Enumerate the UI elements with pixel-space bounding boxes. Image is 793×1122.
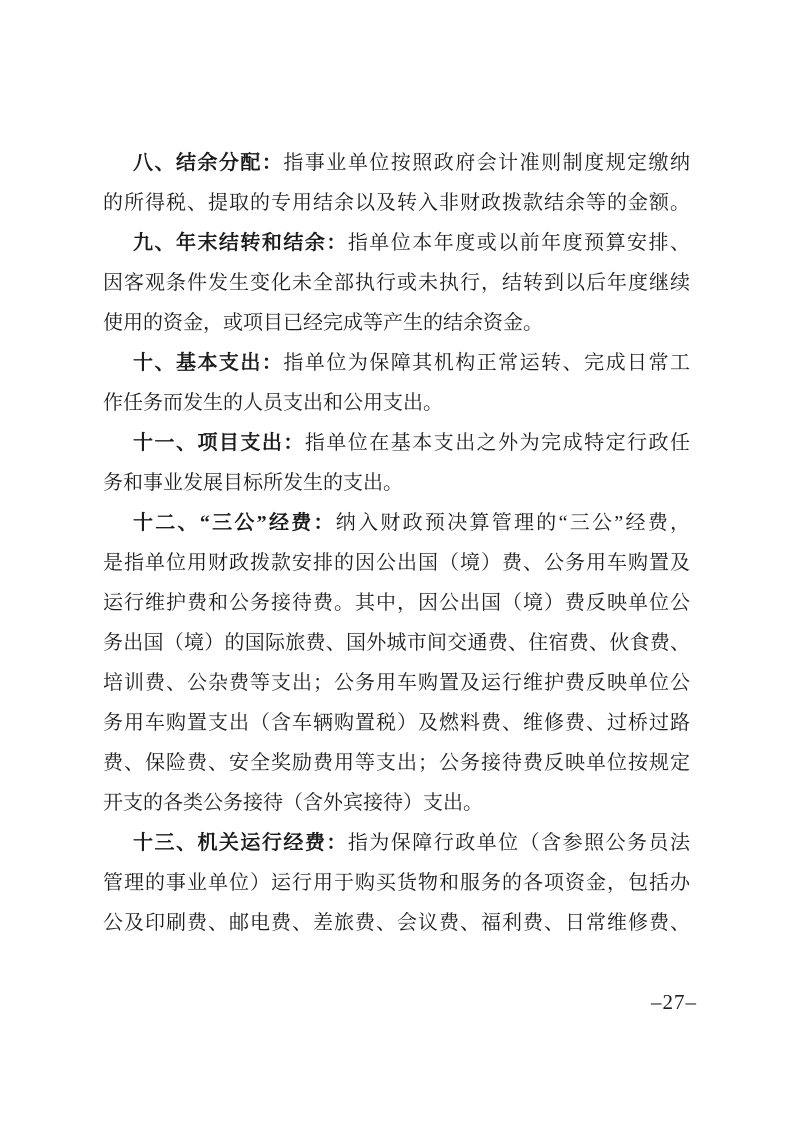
- paragraph-heading-line: 十二、“三公”经费：纳入财政预决算管理的“三公”经费，: [103, 503, 690, 543]
- document-page: 八、结余分配：指事业单位按照政府会计准则制度规定缴纳 的所得税、提取的专用结余以…: [0, 0, 793, 1122]
- paragraph-agency-operating-funds: 十三、机关运行经费：指为保障行政单位（含参照公务员法 管理的事业单位）运行用于购…: [103, 823, 690, 943]
- text-line: 务用车购置支出（含车辆购置税）及燃料费、维修费、过桥过路: [103, 703, 690, 743]
- term-heading: 九、年末结转和结余：: [133, 232, 348, 254]
- paragraph-basic-expenditure: 十、基本支出：指单位为保障其机构正常运转、完成日常工 作任务而发生的人员支出和公…: [103, 343, 690, 423]
- text-line: 的所得税、提取的专用结余以及转入非财政拨款结余等的金额。: [103, 183, 690, 223]
- text-line: 作任务而发生的人员支出和公用支出。: [103, 383, 690, 423]
- line-text: 指单位为保障其机构正常运转、完成日常工: [283, 352, 690, 374]
- line-text: 指为保障行政单位（含参照公务员法: [348, 832, 690, 854]
- term-heading: 十二、“三公”经费：: [133, 512, 336, 534]
- text-line: 管理的事业单位）运行用于购买货物和服务的各项资金，包括办: [103, 863, 690, 903]
- paragraph-year-end-carryover: 九、年末结转和结余：指单位本年度或以前年度预算安排、 因客观条件发生变化未全部执…: [103, 223, 690, 343]
- text-line: 公及印刷费、邮电费、差旅费、会议费、福利费、日常维修费、: [103, 903, 690, 943]
- text-line: 运行维护费和公务接待费。其中，因公出国（境）费反映单位公: [103, 583, 690, 623]
- text-line: 培训费、公杂费等支出；公务用车购置及运行维护费反映单位公: [103, 663, 690, 703]
- text-line: 使用的资金，或项目已经完成等产生的结余资金。: [103, 303, 690, 343]
- term-heading: 十、基本支出：: [133, 352, 283, 374]
- term-heading: 十三、机关运行经费：: [133, 832, 348, 854]
- text-line: 务和事业发展目标所发生的支出。: [103, 463, 690, 503]
- paragraph-three-public-funds: 十二、“三公”经费：纳入财政预决算管理的“三公”经费， 是指单位用财政拨款安排的…: [103, 503, 690, 823]
- document-body: 八、结余分配：指事业单位按照政府会计准则制度规定缴纳 的所得税、提取的专用结余以…: [103, 143, 690, 943]
- page-number: –27–: [651, 990, 697, 1014]
- paragraph-heading-line: 九、年末结转和结余：指单位本年度或以前年度预算安排、: [103, 223, 690, 263]
- text-line: 务出国（境）的国际旅费、国外城市间交通费、住宿费、伙食费、: [103, 623, 690, 663]
- line-text: 纳入财政预决算管理的“三公”经费，: [336, 512, 690, 534]
- term-heading: 十一、项目支出：: [133, 432, 305, 454]
- text-line: 是指单位用财政拨款安排的因公出国（境）费、公务用车购置及: [103, 543, 690, 583]
- text-line: 因客观条件发生变化未全部执行或未执行，结转到以后年度继续: [103, 263, 690, 303]
- paragraph-heading-line: 十一、项目支出：指单位在基本支出之外为完成特定行政任: [103, 423, 690, 463]
- paragraph-heading-line: 八、结余分配：指事业单位按照政府会计准则制度规定缴纳: [103, 143, 690, 183]
- paragraph-heading-line: 十三、机关运行经费：指为保障行政单位（含参照公务员法: [103, 823, 690, 863]
- term-heading: 八、结余分配：: [133, 152, 283, 174]
- line-text: 指事业单位按照政府会计准则制度规定缴纳: [283, 152, 690, 174]
- line-text: 指单位本年度或以前年度预算安排、: [348, 232, 690, 254]
- line-text: 指单位在基本支出之外为完成特定行政任: [305, 432, 690, 454]
- paragraph-project-expenditure: 十一、项目支出：指单位在基本支出之外为完成特定行政任 务和事业发展目标所发生的支…: [103, 423, 690, 503]
- paragraph-surplus-distribution: 八、结余分配：指事业单位按照政府会计准则制度规定缴纳 的所得税、提取的专用结余以…: [103, 143, 690, 223]
- paragraph-heading-line: 十、基本支出：指单位为保障其机构正常运转、完成日常工: [103, 343, 690, 383]
- text-line: 费、保险费、安全奖励费用等支出；公务接待费反映单位按规定: [103, 743, 690, 783]
- text-line: 开支的各类公务接待（含外宾接待）支出。: [103, 783, 690, 823]
